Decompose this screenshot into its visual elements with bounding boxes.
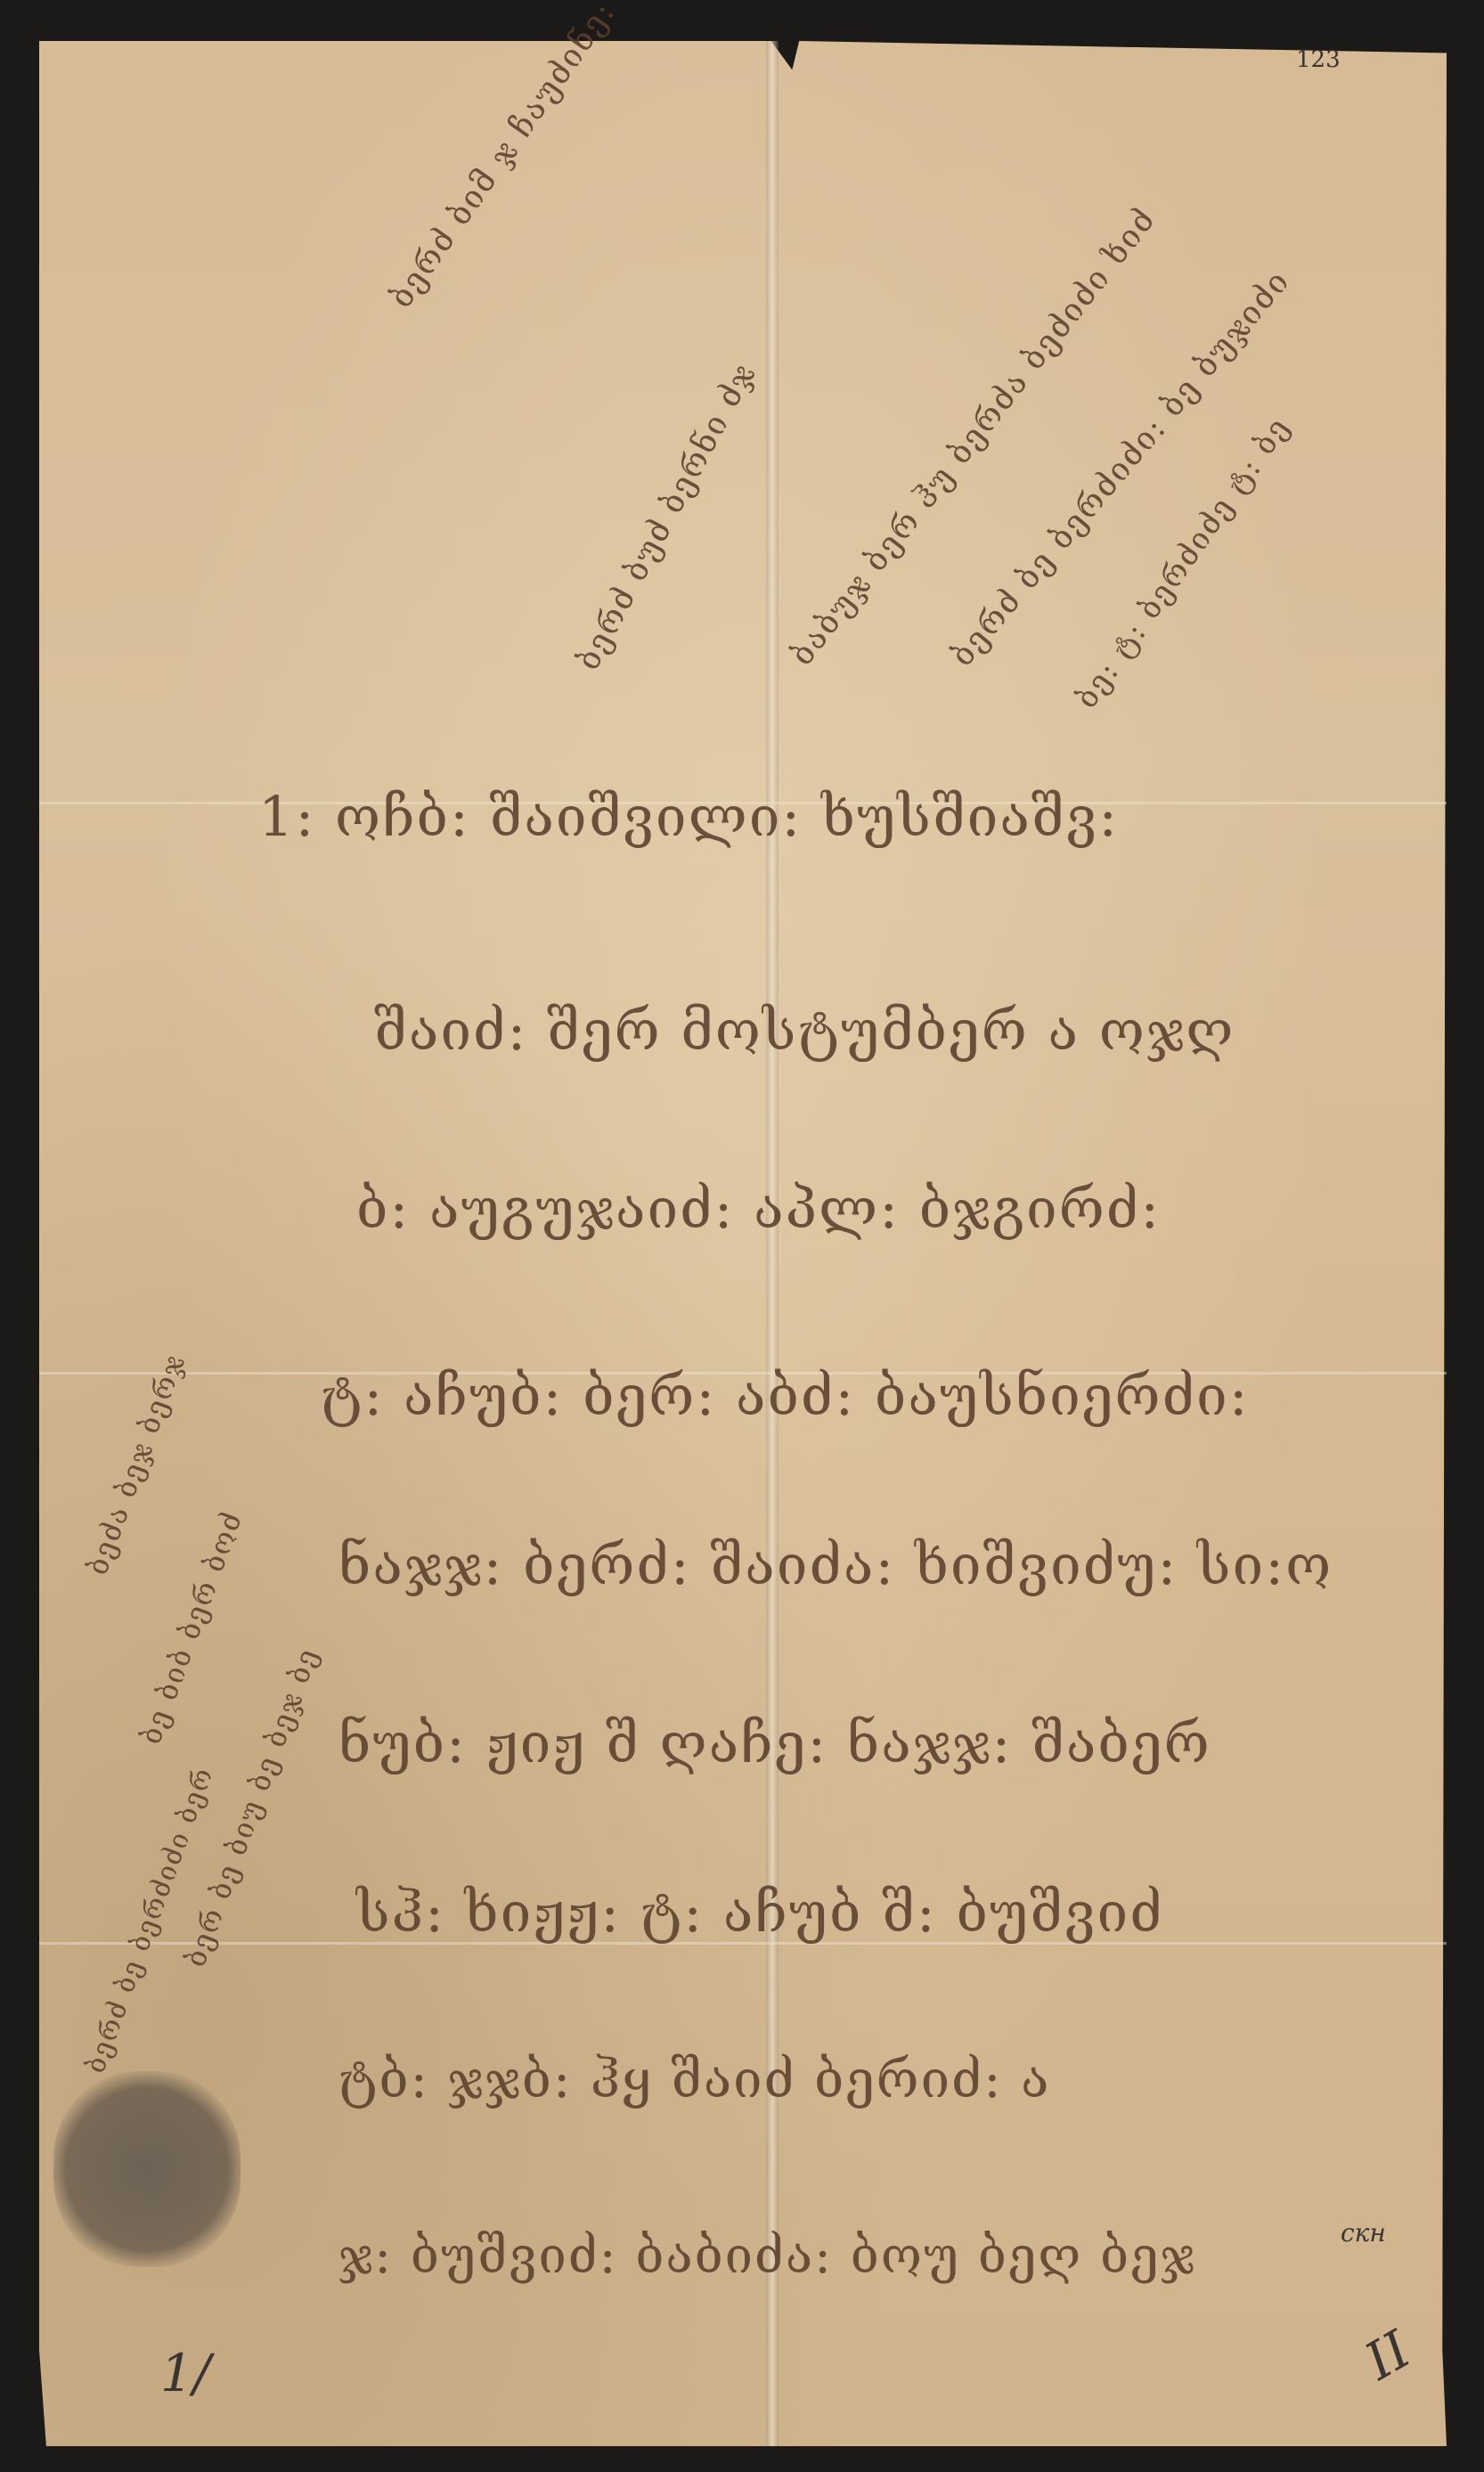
text-line: ტბ: ჯჯბ: ჰყ შაიძ ბერიძ: ა (338, 2049, 1050, 2109)
text-line: სჰ: ხიჟჟ: ტ: აჩუბ შ: ბუშვიძ (356, 1880, 1164, 1945)
corner-mark-left: 1/ (160, 2343, 210, 2403)
text-line: ტ: აჩუბ: ბერ: აბძ: ბაუსნიერძი: (321, 1363, 1250, 1428)
page-number: 123 (1296, 46, 1341, 73)
text-line: ბ: აუგუჯაიძ: აპლ: ბჯგირძ: (356, 1176, 1161, 1241)
text-line: შაიძ: შერ მოსტუმბერ ა ოჯღ (374, 998, 1235, 1063)
seal-impression (53, 2071, 241, 2267)
margin-note: cкн (1341, 2218, 1386, 2248)
text-line: ნუბ: ჟიჟ შ ღაჩე: ნაჯჯ: შაბერ (338, 1710, 1211, 1775)
text-line: ჯ: ბუშვიძ: ბაბიძა: ბოუ ბეღ ბეჯ (338, 2227, 1196, 2285)
text-line: 1: ოჩბ: შაიშვილი: ხუსშიაშვ: (258, 784, 1119, 849)
text-line: ნაჯჯ: ბერძ: შაიძა: ხიშვიძუ: სი:ო (338, 1532, 1333, 1597)
